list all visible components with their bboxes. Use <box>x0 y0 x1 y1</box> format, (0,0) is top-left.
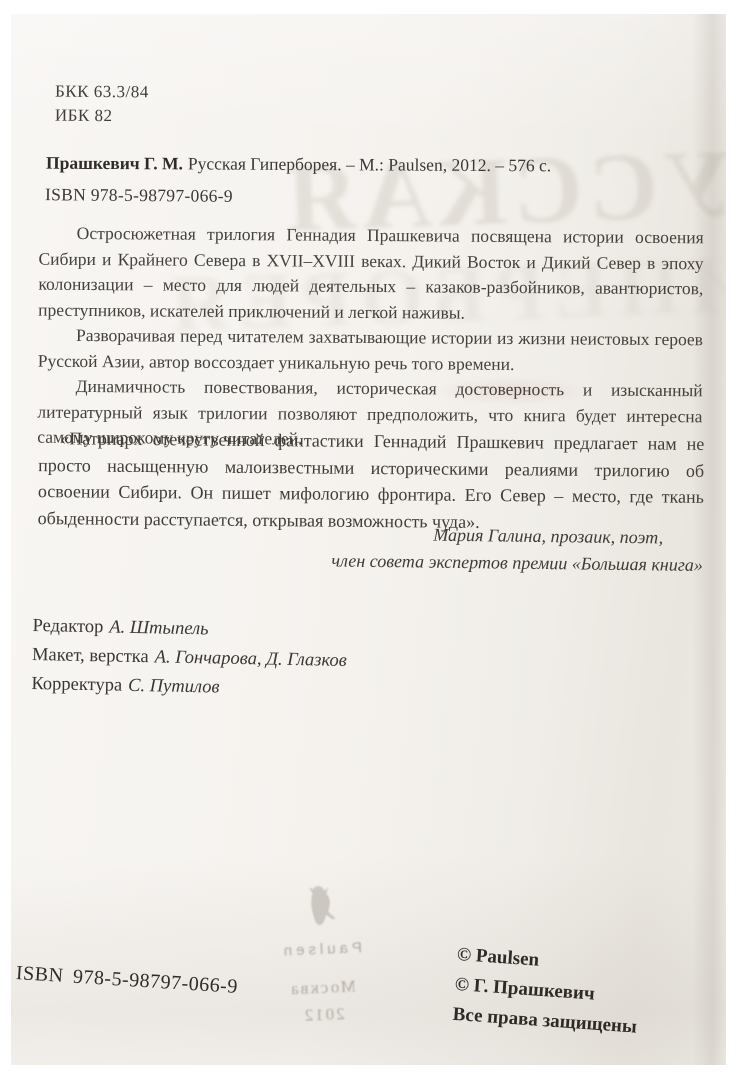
page-edge-shadow <box>692 14 726 1065</box>
bibliographic-citation: Прашкевич Г. М.Русская Гиперборея. – М.:… <box>46 153 551 177</box>
annotation-paragraph: Остросюжетная трилогия Геннадия Прашкеви… <box>38 221 704 328</box>
isbn-top: ISBN 978-5-98797-066-9 <box>45 184 233 207</box>
publisher-logo-showthrough-icon <box>298 881 340 931</box>
catalog-code-bbk: БКК 63.3/84 <box>55 80 149 105</box>
credit-role: Редактор <box>32 616 103 637</box>
credit-name: А. Гончарова, Д. Глазков <box>154 647 346 671</box>
citation-author: Прашкевич Г. М. <box>46 153 183 174</box>
staff-credits: РедакторА. Штыпель Макет, версткаА. Гонч… <box>31 612 347 705</box>
copyright-block: © Paulsen © Г. Прашкевич Все права защищ… <box>452 940 642 1043</box>
attribution-title: член совета экспертов премии «Большая кн… <box>221 546 703 579</box>
citation-details: Русская Гиперборея. – М.: Paulsen, 2012.… <box>188 153 551 175</box>
catalog-code-ibk: ИБК 82 <box>55 104 149 129</box>
credit-name: С. Путилов <box>128 676 220 698</box>
annotation-block: Остросюжетная трилогия Геннадия Прашкеви… <box>37 221 704 455</box>
publisher-name-showthrough: Paulsen <box>256 938 387 961</box>
blurb-attribution: Мария Галина, прозаик, поэт, член совета… <box>221 519 704 579</box>
imprint-city-showthrough: Москва <box>257 975 388 1001</box>
imprint-year-showthrough: 2012 <box>258 1002 389 1028</box>
credit-line: КорректураС. Путилов <box>31 670 346 705</box>
catalog-codes: БКК 63.3/84 ИБК 82 <box>55 80 149 129</box>
credit-role: Корректура <box>31 674 122 696</box>
credit-name: А. Штыпель <box>109 617 209 639</box>
imprint-showthrough: Paulsen Москва 2012 <box>253 879 389 1028</box>
credit-role: Макет, верстка <box>32 645 149 667</box>
book-imprint-page-photo: РУССКАЯ ГИПЕРБОРЕЯ БКК 63.3/84 ИБК 82 Пр… <box>0 0 736 1082</box>
annotation-paragraph: Разворачивая перед читателем захватывающ… <box>38 323 703 379</box>
page-surface: РУССКАЯ ГИПЕРБОРЕЯ БКК 63.3/84 ИБК 82 Пр… <box>11 14 726 1065</box>
isbn-bottom: ISBN 978-5-98797-066-9 <box>15 962 238 999</box>
